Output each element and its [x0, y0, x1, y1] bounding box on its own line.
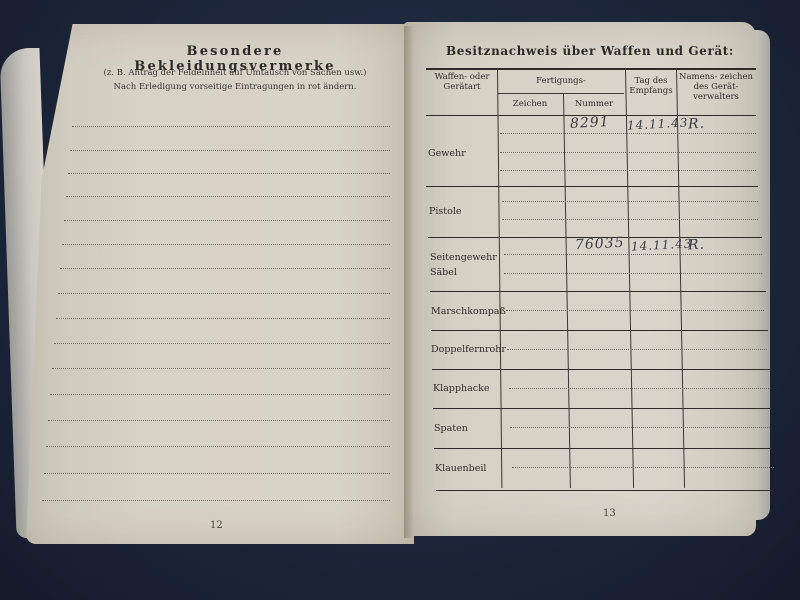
- ruled-line: [72, 126, 390, 127]
- table-top-rule: [426, 68, 756, 70]
- entry-guide-line: [502, 201, 758, 202]
- ruled-line: [66, 196, 390, 197]
- ruled-line: [62, 244, 390, 245]
- row-label-gewehr: Gewehr: [428, 147, 466, 160]
- right-page-title: Besitznachweis über Waffen und Gerät:: [440, 44, 740, 58]
- entry-guide-line: [510, 427, 770, 428]
- row-rule: [434, 448, 772, 449]
- soldbuch-open-spread: Besondere Bekleidungsvermerke (z. B. Ant…: [0, 0, 800, 600]
- row-label-saebel: Säbel: [430, 266, 457, 279]
- book-gutter: [404, 26, 414, 538]
- row-rule: [430, 291, 766, 292]
- ruled-line: [68, 173, 390, 174]
- header-nummer: Nummer: [564, 99, 624, 109]
- row-label-pistole: Pistole: [429, 205, 462, 218]
- row-rule: [426, 186, 758, 187]
- left-page-subtitle-1: (z. B. Antrag der Feldeinheit auf Umtaus…: [80, 68, 390, 78]
- right-page-number: 13: [603, 508, 616, 519]
- ruled-line: [64, 220, 390, 221]
- row-label-spaten: Spaten: [434, 422, 468, 435]
- table-bottom-rule: [436, 490, 774, 491]
- ruled-line: [50, 394, 390, 395]
- ruled-line: [42, 500, 390, 501]
- row-rule: [433, 408, 771, 409]
- left-page-number: 12: [210, 520, 223, 531]
- ruled-line: [60, 268, 390, 269]
- handwritten-seitengewehr-nummer: 76035: [575, 235, 625, 254]
- entry-guide-line: [509, 388, 769, 389]
- header-tag-des-empfangs: Tag des Empfangs: [626, 76, 676, 96]
- entry-guide-line: [500, 133, 756, 134]
- ruled-line: [48, 420, 390, 421]
- header-namenszeichen: Namens- zeichen des Gerät- verwalters: [678, 72, 754, 102]
- row-label-seitengewehr: Seitengewehr: [430, 251, 497, 264]
- fertigungs-sub-rule: [498, 93, 624, 94]
- entry-guide-line: [500, 152, 756, 153]
- ruled-line: [46, 446, 390, 447]
- ruled-line: [56, 318, 390, 319]
- handwritten-seitengewehr-namenszeichen: R.: [688, 237, 706, 254]
- left-page-subtitle-2: Nach Erledigung vorseitige Eintragungen …: [80, 82, 390, 92]
- row-label-doppelfernrohr: Doppelfernrohr: [431, 343, 506, 356]
- row-rule: [432, 369, 770, 370]
- row-label-marschkompass: Marschkompaß: [431, 305, 506, 318]
- entry-guide-line: [512, 467, 774, 468]
- handwritten-gewehr-namenszeichen: R.: [688, 116, 706, 133]
- ruled-line: [54, 343, 390, 344]
- header-zeichen: Zeichen: [498, 99, 562, 109]
- ruled-line: [52, 368, 390, 369]
- ruled-line: [70, 150, 390, 151]
- handwritten-gewehr-nummer: 8291: [570, 114, 610, 132]
- entry-guide-line: [500, 170, 756, 171]
- entry-guide-line: [506, 310, 764, 311]
- entry-guide-line: [504, 273, 762, 274]
- entry-guide-line: [504, 254, 762, 255]
- header-fertigungs: Fertigungs-: [498, 76, 624, 86]
- row-label-klauenbeil: Klauenbeil: [435, 462, 486, 475]
- header-waffen-geraetart: Waffen- oder Gerätart: [428, 72, 496, 92]
- entry-guide-line: [502, 219, 758, 220]
- left-page: [26, 24, 414, 544]
- ruled-line: [58, 293, 390, 294]
- row-label-klapphacke: Klapphacke: [433, 382, 489, 395]
- row-rule: [431, 330, 768, 331]
- entry-guide-line: [507, 349, 767, 350]
- ruled-line: [44, 473, 390, 474]
